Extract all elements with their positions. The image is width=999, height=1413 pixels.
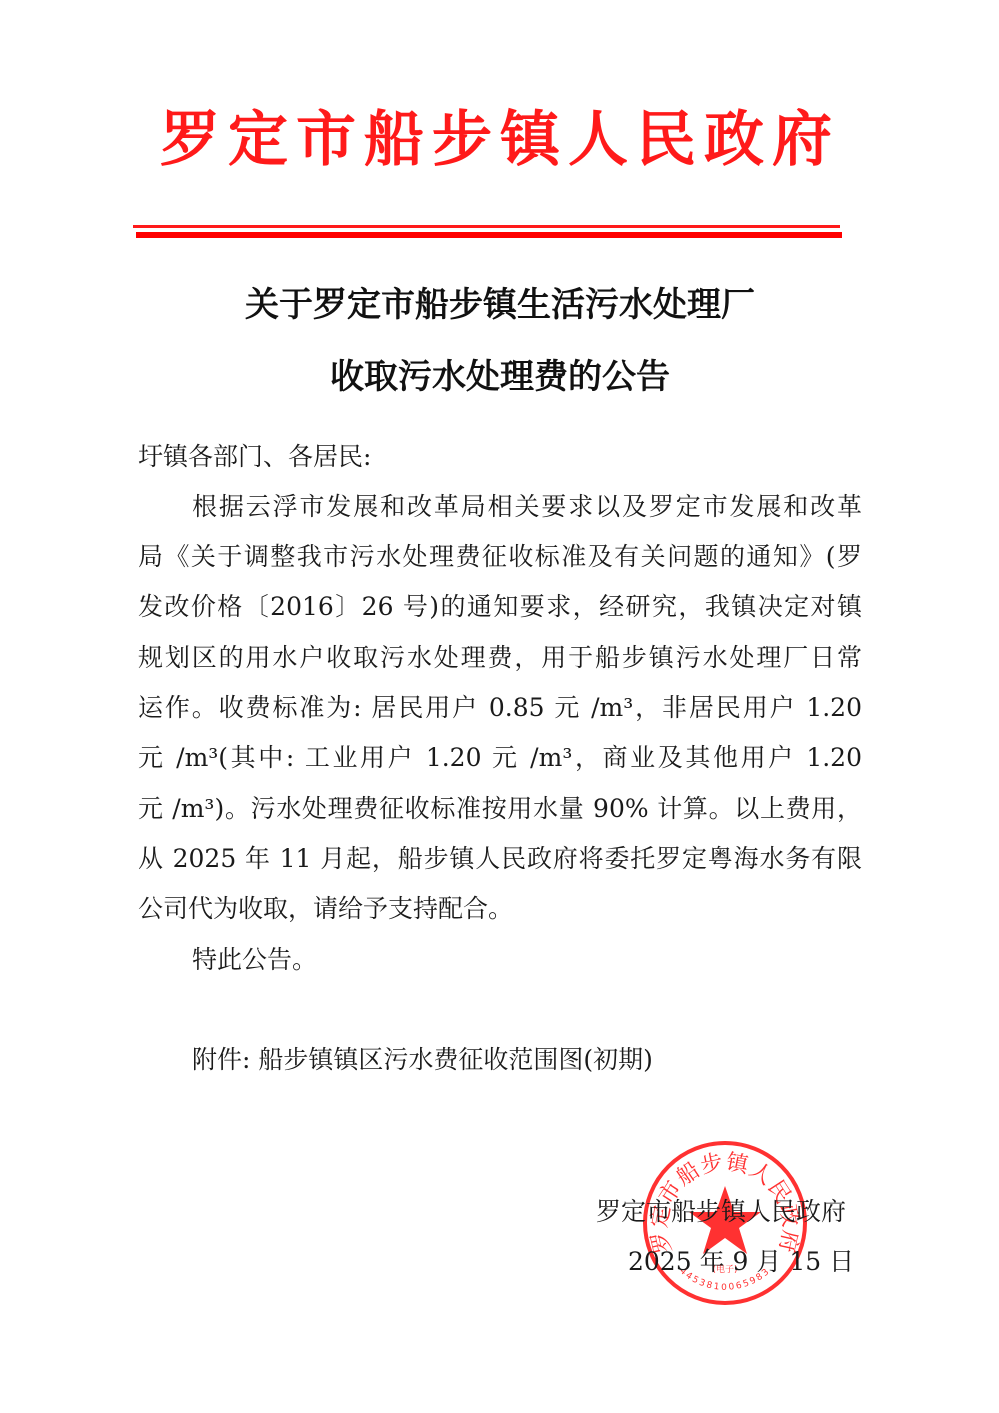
masthead-org-name: 罗定市船步镇人民政府 [150, 100, 850, 180]
body-line: 局《关于调整我市污水处理费征收标准及有关问题的通知》(罗 [138, 540, 862, 574]
masthead-rule-thin [133, 225, 840, 228]
body-line: 元 /m³)。污水处理费征收标准按用水量 90% 计算。以上费用， [138, 792, 862, 826]
body-line: 发改价格〔2016〕26 号)的通知要求，经研究，我镇决定对镇 [138, 590, 862, 624]
closing-statement: 特此公告。 [192, 943, 862, 977]
document-title-line-2: 收取污水处理费的公告 [130, 355, 870, 399]
masthead-rule-thick [136, 232, 842, 238]
signature-org: 罗定市船步镇人民政府 [596, 1195, 846, 1229]
attachment-reference: 附件: 船步镇镇区污水费征收范围图(初期) [192, 1043, 862, 1077]
salutation: 圩镇各部门、各居民: [138, 440, 862, 474]
body-line: 根据云浮市发展和改革局相关要求以及罗定市发展和改革 [192, 490, 862, 524]
body-line: 运作。收费标准为: 居民用户 0.85 元 /m³，非居民用户 1.20 [138, 691, 862, 725]
document-title-line-1: 关于罗定市船步镇生活污水处理厂 [130, 283, 870, 327]
body-line: 从 2025 年 11 月起，船步镇人民政府将委托罗定粤海水务有限 [138, 842, 862, 876]
body-line: 元 /m³(其中: 工业用户 1.20 元 /m³，商业及其他用户 1.20 [138, 741, 862, 775]
body-line: 规划区的用水户收取污水处理费，用于船步镇污水处理厂日常 [138, 641, 862, 675]
body-line: 公司代为收取，请给予支持配合。 [138, 892, 862, 926]
signature-date: 2025 年 9 月 15 日 [628, 1245, 854, 1279]
